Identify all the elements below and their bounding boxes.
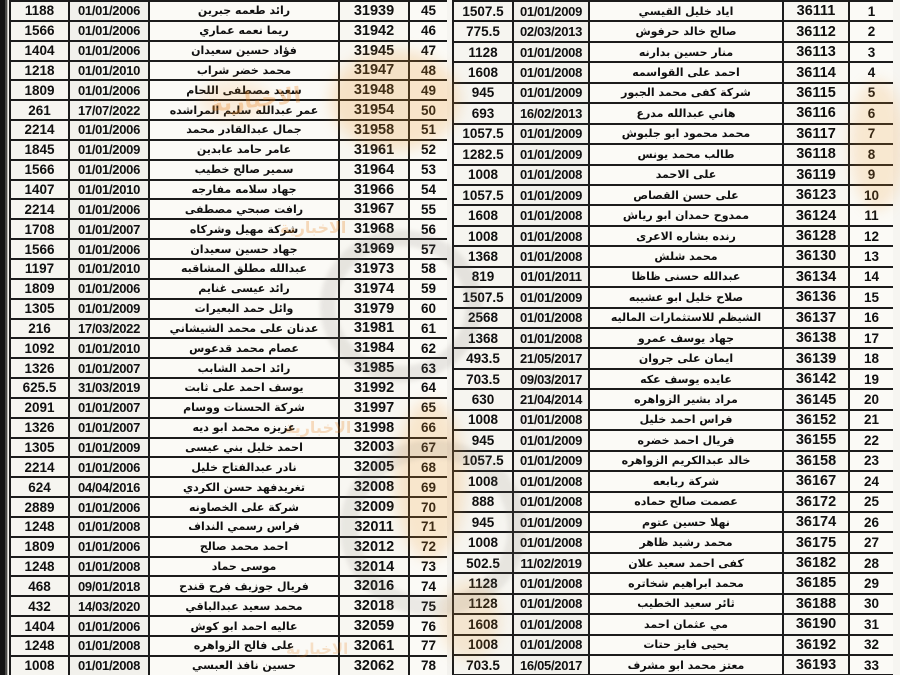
name-cell: عمر عبدالله سليم المراشده [149, 100, 339, 120]
right-table: 1507.501/01/2009اياد خليل القيسي36111177… [452, 0, 893, 675]
value-cell: 2091 [10, 398, 69, 418]
id-cell: 36112 [783, 21, 849, 41]
name-cell: رنده بشاره الاعرى [589, 226, 783, 246]
id-cell: 31945 [339, 41, 409, 61]
name-cell: جهاد حسين سعيدان [149, 239, 339, 259]
value-cell: 693 [453, 103, 513, 123]
table-row: 221401/01/2006نادر عبدالفتاح خليل3200568 [10, 457, 447, 477]
id-cell: 31942 [339, 21, 409, 41]
value-cell: 1305 [10, 299, 69, 319]
date-cell: 01/01/2008 [513, 328, 589, 348]
table-row: 136801/01/2008محمد شلش3613013 [453, 246, 893, 266]
id-cell: 31981 [339, 319, 409, 339]
seq-cell: 46 [409, 21, 447, 41]
value-cell: 1248 [10, 557, 69, 577]
date-cell: 01/01/2008 [513, 205, 589, 225]
value-cell: 1608 [453, 62, 513, 82]
value-cell: 1282.5 [453, 144, 513, 164]
value-cell: 1809 [10, 279, 69, 299]
seq-cell: 74 [409, 576, 447, 596]
value-cell: 1368 [453, 246, 513, 266]
table-row: 88801/01/2008عصمت صالح حماده3617225 [453, 492, 893, 512]
id-cell: 36136 [783, 287, 849, 307]
value-cell: 1008 [453, 532, 513, 552]
value-cell: 1128 [453, 573, 513, 593]
table-row: 130501/01/2009احمد خليل بني عيسى3200367 [10, 438, 447, 458]
seq-cell: 65 [409, 398, 447, 418]
table-row: 43214/03/2020محمد سعيد عبدالباقي3201875 [10, 596, 447, 616]
date-cell: 11/02/2019 [513, 553, 589, 573]
id-cell: 36167 [783, 471, 849, 491]
name-cell: رائد طعمه جبرين [149, 1, 339, 21]
value-cell: 1248 [10, 517, 69, 537]
value-cell: 493.5 [453, 348, 513, 368]
seq-cell: 22 [849, 430, 893, 450]
date-cell: 01/01/2008 [513, 492, 589, 512]
name-cell: تغريدفهد حسن الكردي [149, 477, 339, 497]
table-row: 112801/01/2008منار حسين بدارنه361133 [453, 42, 893, 62]
date-cell: 01/01/2008 [69, 656, 149, 675]
name-cell: عبدالله مطلق المشاقبه [149, 259, 339, 279]
date-cell: 16/05/2017 [513, 655, 589, 675]
table-row: 775.502/03/2013صالح خالد حرفوش361122 [453, 21, 893, 41]
table-row: 170801/01/2007شركة مهيل وشركاه3196856 [10, 219, 447, 239]
value-cell: 1407 [10, 180, 69, 200]
value-cell: 261 [10, 100, 69, 120]
id-cell: 36172 [783, 492, 849, 512]
table-row: 100801/01/2008محمد رشيد ظاهر3617527 [453, 532, 893, 552]
table-row: 109201/01/2010عصام محمد قدعوس3198462 [10, 338, 447, 358]
date-cell: 01/01/2009 [513, 287, 589, 307]
name-cell: مراد بشير الزواهره [589, 389, 783, 409]
name-cell: رائد احمد الشابب [149, 358, 339, 378]
id-cell: 31985 [339, 358, 409, 378]
table-row: 221401/01/2006جمال عبدالقادر محمد3195851 [10, 120, 447, 140]
value-cell: 468 [10, 576, 69, 596]
id-cell: 32062 [339, 656, 409, 675]
id-cell: 31969 [339, 239, 409, 259]
name-cell: سعيد مصطفى اللحام [149, 80, 339, 100]
date-cell: 09/01/2018 [69, 576, 149, 596]
table-row: 94501/01/2009شركة كفى محمد الجبور361155 [453, 83, 893, 103]
table-row: 132601/01/2007عزيزه محمد ابو ديه3199866 [10, 418, 447, 438]
date-cell: 09/03/2017 [513, 369, 589, 389]
id-cell: 31947 [339, 61, 409, 81]
seq-cell: 70 [409, 497, 447, 517]
id-cell: 36192 [783, 635, 849, 655]
id-cell: 36175 [783, 532, 849, 552]
id-cell: 36137 [783, 308, 849, 328]
table-row: 121801/01/2010محمد خضر شراب3194748 [10, 61, 447, 81]
name-cell: محمد رشيد ظاهر [589, 532, 783, 552]
name-cell: شركة على الخصاونه [149, 497, 339, 517]
id-cell: 32009 [339, 497, 409, 517]
id-cell: 31998 [339, 418, 409, 438]
seq-cell: 66 [409, 418, 447, 438]
seq-cell: 61 [409, 319, 447, 339]
name-cell: احمد محمد صالح [149, 537, 339, 557]
id-cell: 36115 [783, 83, 849, 103]
table-row: 1057.501/01/2009محمد محمود ابو جلبوش3611… [453, 124, 893, 144]
table-row: 1057.501/01/2009خالد عبدالكريم الزواهره3… [453, 451, 893, 471]
date-cell: 01/01/2006 [69, 41, 149, 61]
date-cell: 01/01/2009 [513, 83, 589, 103]
date-cell: 01/01/2006 [69, 239, 149, 259]
value-cell: 2889 [10, 497, 69, 517]
seq-cell: 27 [849, 532, 893, 552]
value-cell: 888 [453, 492, 513, 512]
seq-cell: 47 [409, 41, 447, 61]
table-row: 100801/01/2008يحيى فايز حتات3619232 [453, 635, 893, 655]
date-cell: 01/01/2008 [513, 410, 589, 430]
id-cell: 32005 [339, 457, 409, 477]
value-cell: 1057.5 [453, 185, 513, 205]
name-cell: منار حسين بدارنه [589, 42, 783, 62]
date-cell: 01/01/2006 [69, 497, 149, 517]
table-row: 140401/01/2006فؤاد حسين سعيدان3194547 [10, 41, 447, 61]
value-cell: 625.5 [10, 378, 69, 398]
id-cell: 31958 [339, 120, 409, 140]
date-cell: 01/01/2008 [513, 42, 589, 62]
table-row: 81901/01/2011عبدالله حسنى ظاظا3613414 [453, 267, 893, 287]
id-cell: 31966 [339, 180, 409, 200]
id-cell: 36185 [783, 573, 849, 593]
value-cell: 1197 [10, 259, 69, 279]
name-cell: فؤاد حسين سعيدان [149, 41, 339, 61]
name-cell: شركة كفى محمد الجبور [589, 83, 783, 103]
id-cell: 32059 [339, 616, 409, 636]
id-cell: 31973 [339, 259, 409, 279]
seq-cell: 23 [849, 451, 893, 471]
date-cell: 01/01/2008 [513, 165, 589, 185]
seq-cell: 12 [849, 226, 893, 246]
seq-cell: 4 [849, 62, 893, 82]
date-cell: 01/01/2006 [69, 199, 149, 219]
seq-cell: 29 [849, 573, 893, 593]
seq-cell: 25 [849, 492, 893, 512]
value-cell: 1008 [453, 226, 513, 246]
name-cell: مي عثمان احمد [589, 614, 783, 634]
name-cell: على فالح الزواهره [149, 636, 339, 656]
seq-cell: 33 [849, 655, 893, 675]
date-cell: 01/01/2008 [513, 635, 589, 655]
seq-cell: 59 [409, 279, 447, 299]
seq-cell: 1 [849, 1, 893, 21]
name-cell: محمد ابراهيم شخاتره [589, 573, 783, 593]
table-row: 140401/01/2006عاليه احمد ابو كوش3205976 [10, 616, 447, 636]
date-cell: 01/01/2006 [69, 537, 149, 557]
id-cell: 36114 [783, 62, 849, 82]
seq-cell: 13 [849, 246, 893, 266]
value-cell: 1507.5 [453, 287, 513, 307]
table-row: 100801/01/2008رنده بشاره الاعرى3612812 [453, 226, 893, 246]
name-cell: يوسف احمد على ثابت [149, 378, 339, 398]
date-cell: 01/01/2008 [513, 573, 589, 593]
value-cell: 703.5 [453, 655, 513, 675]
id-cell: 31964 [339, 160, 409, 180]
table-row: 1507.501/01/2009اياد خليل القيسي361111 [453, 1, 893, 21]
name-cell: رافت صبحي مصطفى [149, 199, 339, 219]
date-cell: 01/01/2006 [69, 279, 149, 299]
date-cell: 01/01/2008 [69, 636, 149, 656]
date-cell: 01/01/2006 [69, 21, 149, 41]
date-cell: 02/03/2013 [513, 21, 589, 41]
table-row: 136801/01/2008جهاد يوسف عمرو3613817 [453, 328, 893, 348]
id-cell: 31997 [339, 398, 409, 418]
table-row: 1057.501/01/2009على حسن القصاص3612310 [453, 185, 893, 205]
name-cell: احمد خليل بني عيسى [149, 438, 339, 458]
scan-left-edge [0, 0, 8, 675]
date-cell: 21/04/2014 [513, 389, 589, 409]
id-cell: 31968 [339, 219, 409, 239]
date-cell: 21/05/2017 [513, 348, 589, 368]
value-cell: 432 [10, 596, 69, 616]
id-cell: 36139 [783, 348, 849, 368]
id-cell: 31948 [339, 80, 409, 100]
seq-cell: 9 [849, 165, 893, 185]
table-row: 69316/02/2013هاني عبدالله مدرع361166 [453, 103, 893, 123]
date-cell: 01/01/2008 [513, 226, 589, 246]
name-cell: على حسن القصاص [589, 185, 783, 205]
seq-cell: 78 [409, 656, 447, 675]
date-cell: 01/01/2009 [513, 124, 589, 144]
seq-cell: 75 [409, 596, 447, 616]
id-cell: 36118 [783, 144, 849, 164]
id-cell: 32016 [339, 576, 409, 596]
seq-cell: 21 [849, 410, 893, 430]
table-row: 140701/01/2010جهاد سلامه مفارجه3196654 [10, 180, 447, 200]
seq-cell: 71 [409, 517, 447, 537]
date-cell: 01/01/2009 [69, 299, 149, 319]
name-cell: وائل حمد البعيرات [149, 299, 339, 319]
name-cell: كفى احمد سعيد علان [589, 553, 783, 573]
name-cell: معتز محمد ابو مشرف [589, 655, 783, 675]
name-cell: سمير صالح خطيب [149, 160, 339, 180]
table-row: 180901/01/2006رائد عيسى غنايم3197459 [10, 279, 447, 299]
date-cell: 01/01/2009 [513, 1, 589, 21]
id-cell: 31974 [339, 279, 409, 299]
date-cell: 01/01/2009 [513, 430, 589, 450]
id-cell: 32018 [339, 596, 409, 616]
name-cell: رائد عيسى غنايم [149, 279, 339, 299]
value-cell: 1566 [10, 21, 69, 41]
date-cell: 01/01/2010 [69, 180, 149, 200]
date-cell: 01/01/2008 [69, 517, 149, 537]
table-row: 256801/01/2008الشيظم للاستثمارات الماليه… [453, 308, 893, 328]
name-cell: محمد سعيد عبدالباقي [149, 596, 339, 616]
table-row: 46809/01/2018فريال جوزيف فرح قندح3201674 [10, 576, 447, 596]
table-row: 100801/01/2008حسين نافذ العبسي3206278 [10, 656, 447, 675]
name-cell: محمد خضر شراب [149, 61, 339, 81]
seq-cell: 3 [849, 42, 893, 62]
table-row: 160801/01/2008مي عثمان احمد3619031 [453, 614, 893, 634]
seq-cell: 55 [409, 199, 447, 219]
date-cell: 01/01/2008 [513, 471, 589, 491]
id-cell: 31961 [339, 140, 409, 160]
seq-cell: 48 [409, 61, 447, 81]
seq-cell: 11 [849, 205, 893, 225]
table-row: 221401/01/2006رافت صبحي مصطفى3196755 [10, 199, 447, 219]
date-cell: 01/01/2009 [513, 512, 589, 532]
id-cell: 36138 [783, 328, 849, 348]
id-cell: 36142 [783, 369, 849, 389]
value-cell: 1188 [10, 1, 69, 21]
name-cell: فريال احمد خضره [589, 430, 783, 450]
date-cell: 01/01/2006 [69, 457, 149, 477]
name-cell: محمد محمود ابو جلبوش [589, 124, 783, 144]
date-cell: 17/07/2022 [69, 100, 149, 120]
value-cell: 1057.5 [453, 124, 513, 144]
value-cell: 1128 [453, 42, 513, 62]
id-cell: 36117 [783, 124, 849, 144]
seq-cell: 19 [849, 369, 893, 389]
date-cell: 01/01/2009 [69, 438, 149, 458]
table-row: 502.511/02/2019كفى احمد سعيد علان3618228 [453, 553, 893, 573]
table-row: 288901/01/2006شركة على الخصاونه3200970 [10, 497, 447, 517]
value-cell: 703.5 [453, 369, 513, 389]
seq-cell: 31 [849, 614, 893, 634]
value-cell: 775.5 [453, 21, 513, 41]
value-cell: 502.5 [453, 553, 513, 573]
date-cell: 01/01/2009 [69, 140, 149, 160]
name-cell: صالح خالد حرفوش [589, 21, 783, 41]
date-cell: 01/01/2007 [69, 358, 149, 378]
date-cell: 14/03/2020 [69, 596, 149, 616]
value-cell: 1608 [453, 205, 513, 225]
id-cell: 32061 [339, 636, 409, 656]
id-cell: 36193 [783, 655, 849, 675]
value-cell: 1809 [10, 80, 69, 100]
seq-cell: 7 [849, 124, 893, 144]
seq-cell: 53 [409, 160, 447, 180]
seq-cell: 72 [409, 537, 447, 557]
date-cell: 01/01/2010 [69, 338, 149, 358]
seq-cell: 10 [849, 185, 893, 205]
table-row: 100801/01/2008فراس احمد خليل3615221 [453, 410, 893, 430]
name-cell: يحيى فايز حتات [589, 635, 783, 655]
date-cell: 01/01/2006 [69, 120, 149, 140]
table-row: 63021/04/2014مراد بشير الزواهره3614520 [453, 389, 893, 409]
table-row: 184501/01/2009عامر حامد عابدين3196152 [10, 140, 447, 160]
date-cell: 01/01/2008 [513, 308, 589, 328]
name-cell: خالد عبدالكريم الزواهره [589, 451, 783, 471]
seq-cell: 77 [409, 636, 447, 656]
table-row: 100801/01/2008شركة ربابعه3616724 [453, 471, 893, 491]
seq-cell: 6 [849, 103, 893, 123]
date-cell: 01/01/2009 [513, 451, 589, 471]
seq-cell: 73 [409, 557, 447, 577]
name-cell: ممدوح حمدان ابو رياش [589, 205, 783, 225]
id-cell: 36174 [783, 512, 849, 532]
value-cell: 1708 [10, 219, 69, 239]
date-cell: 01/01/2007 [69, 418, 149, 438]
value-cell: 630 [453, 389, 513, 409]
seq-cell: 51 [409, 120, 447, 140]
table-row: 100801/01/2008على الاحمد361199 [453, 165, 893, 185]
id-cell: 31992 [339, 378, 409, 398]
table-row: 209101/01/2007شركة الحسنات ووسام3199765 [10, 398, 447, 418]
name-cell: محمد شلش [589, 246, 783, 266]
id-cell: 32003 [339, 438, 409, 458]
id-cell: 36123 [783, 185, 849, 205]
value-cell: 1305 [10, 438, 69, 458]
date-cell: 01/01/2008 [513, 614, 589, 634]
seq-cell: 5 [849, 83, 893, 103]
seq-cell: 60 [409, 299, 447, 319]
seq-cell: 57 [409, 239, 447, 259]
id-cell: 36116 [783, 103, 849, 123]
date-cell: 01/01/2007 [69, 398, 149, 418]
table-row: 26117/07/2022عمر عبدالله سليم المراشده31… [10, 100, 447, 120]
id-cell: 36145 [783, 389, 849, 409]
id-cell: 36158 [783, 451, 849, 471]
seq-cell: 54 [409, 180, 447, 200]
value-cell: 945 [453, 83, 513, 103]
value-cell: 216 [10, 319, 69, 339]
table-row: 180901/01/2006سعيد مصطفى اللحام3194849 [10, 80, 447, 100]
value-cell: 1404 [10, 41, 69, 61]
value-cell: 624 [10, 477, 69, 497]
value-cell: 1566 [10, 239, 69, 259]
value-cell: 1248 [10, 636, 69, 656]
date-cell: 01/01/2008 [513, 62, 589, 82]
date-cell: 01/01/2006 [69, 160, 149, 180]
seq-cell: 18 [849, 348, 893, 368]
date-cell: 01/01/2011 [513, 267, 589, 287]
table-row: 94501/01/2009فريال احمد خضره3615522 [453, 430, 893, 450]
date-cell: 01/01/2008 [513, 594, 589, 614]
id-cell: 36182 [783, 553, 849, 573]
value-cell: 1608 [453, 614, 513, 634]
table-row: 94501/01/2009نهلا حسين عتوم3617426 [453, 512, 893, 532]
seq-cell: 20 [849, 389, 893, 409]
date-cell: 01/01/2010 [69, 61, 149, 81]
table-row: 124801/01/2008على فالح الزواهره3206177 [10, 636, 447, 656]
table-row: 118801/01/2006رائد طعمه جبرين3193945 [10, 1, 447, 21]
seq-cell: 17 [849, 328, 893, 348]
id-cell: 36130 [783, 246, 849, 266]
table-row: 180901/01/2006احمد محمد صالح3201272 [10, 537, 447, 557]
table-row: 156601/01/2006سمير صالح خطيب3196453 [10, 160, 447, 180]
table-row: 124801/01/2008فراس رسمي النداف3201171 [10, 517, 447, 537]
id-cell: 31967 [339, 199, 409, 219]
name-cell: عصمت صالح حماده [589, 492, 783, 512]
name-cell: فراس احمد خليل [589, 410, 783, 430]
name-cell: جهاد سلامه مفارجه [149, 180, 339, 200]
table-row: 112801/01/2008ثائر سعيد الخطيب3618830 [453, 594, 893, 614]
name-cell: فريال جوزيف فرح قندح [149, 576, 339, 596]
table-row: 112801/01/2008محمد ابراهيم شخاتره3618529 [453, 573, 893, 593]
value-cell: 1326 [10, 418, 69, 438]
name-cell: صلاح خليل ابو عشيبه [589, 287, 783, 307]
table-row: 156601/01/2006جهاد حسين سعيدان3196957 [10, 239, 447, 259]
name-cell: فراس رسمي النداف [149, 517, 339, 537]
value-cell: 2568 [453, 308, 513, 328]
date-cell: 01/01/2006 [69, 80, 149, 100]
value-cell: 1404 [10, 616, 69, 636]
value-cell: 1809 [10, 537, 69, 557]
date-cell: 01/01/2008 [513, 246, 589, 266]
id-cell: 36128 [783, 226, 849, 246]
date-cell: 01/01/2009 [513, 144, 589, 164]
date-cell: 16/02/2013 [513, 103, 589, 123]
id-cell: 32011 [339, 517, 409, 537]
name-cell: شركة مهيل وشركاه [149, 219, 339, 239]
seq-cell: 50 [409, 100, 447, 120]
seq-cell: 49 [409, 80, 447, 100]
name-cell: ريما نعمه عماري [149, 21, 339, 41]
value-cell: 1008 [453, 165, 513, 185]
